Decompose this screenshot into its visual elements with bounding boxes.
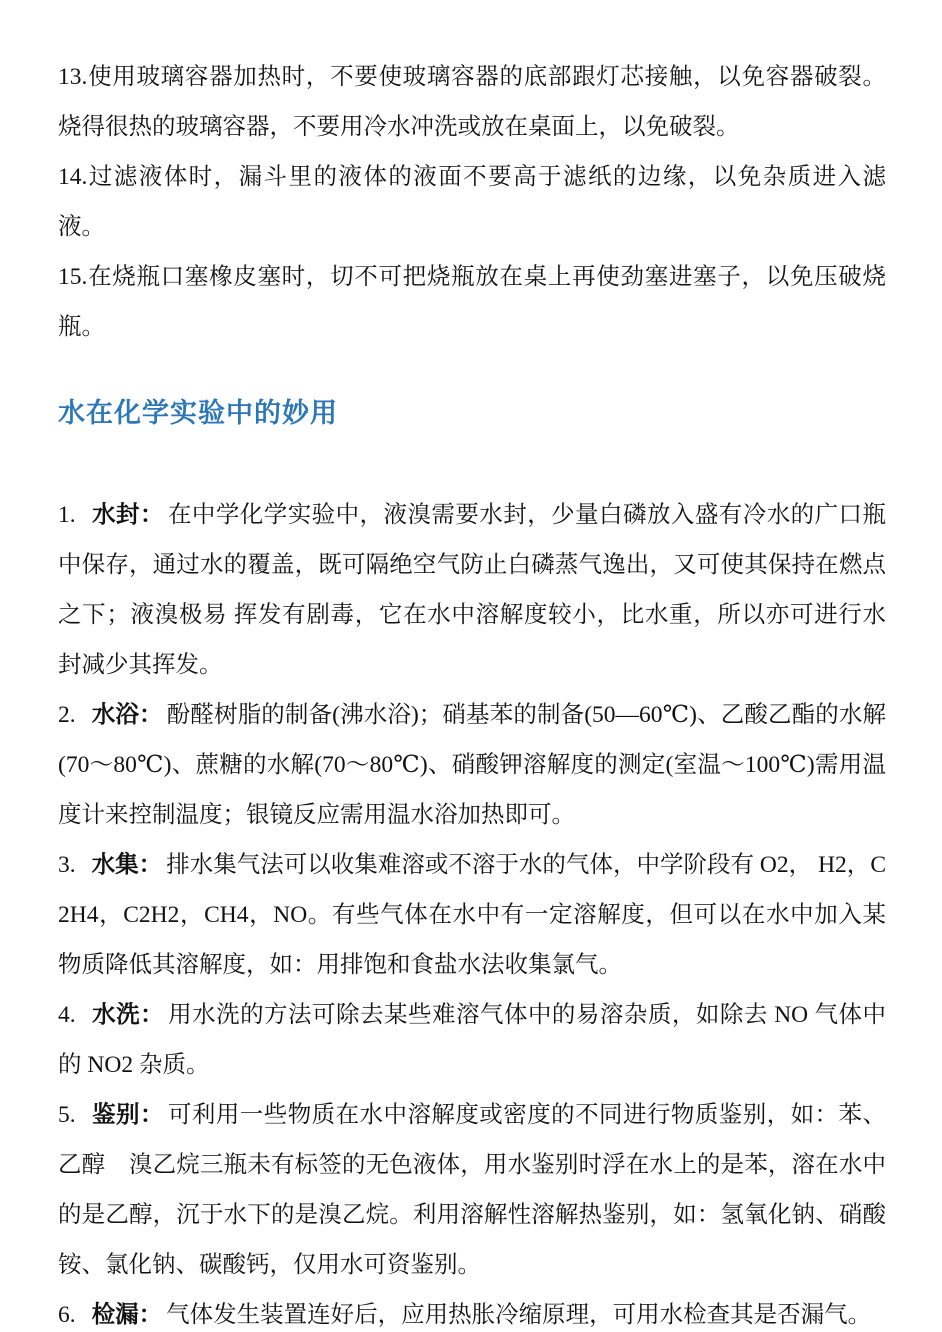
item-text: 用水洗的方法可除去某些难溶气体中的易溶杂质，如除去 NO 气体中的 NO2 杂质… — [58, 1002, 886, 1078]
water-use-paragraph: 2.水浴：酚醛树脂的制备(沸水浴)；硝基苯的制备(50—60℃)、乙酸乙酯的水解… — [58, 690, 886, 840]
safety-note-text: 13.使用玻璃容器加热时，不要使玻璃容器的底部跟灯芯接触，以免容器破裂。烧得很热… — [58, 64, 886, 140]
item-keyword-label: 水封： — [92, 502, 164, 528]
water-use-paragraph: 4.水洗：用水洗的方法可除去某些难溶气体中的易溶杂质，如除去 NO 气体中的 N… — [58, 990, 886, 1090]
water-use-paragraph: 6.检漏：气体发生装置连好后，应用热胀冷缩原理，可用水检查其是否漏气。 — [58, 1290, 886, 1332]
item-number: 4. — [58, 990, 76, 1040]
item-text: 酚醛树脂的制备(沸水浴)；硝基苯的制备(50—60℃)、乙酸乙酯的水解(70～8… — [58, 702, 886, 828]
item-number: 6. — [58, 1290, 76, 1332]
item-text: 在中学化学实验中，液溴需要水封，少量白磷放入盛有冷水的广口瓶中保存，通过水的覆盖… — [58, 502, 886, 678]
safety-note-paragraph: 13.使用玻璃容器加热时，不要使玻璃容器的底部跟灯芯接触，以免容器破裂。烧得很热… — [58, 52, 886, 152]
document-page: 13.使用玻璃容器加热时，不要使玻璃容器的底部跟灯芯接触，以免容器破裂。烧得很热… — [0, 0, 942, 1332]
water-uses-list: 1.水封：在中学化学实验中，液溴需要水封，少量白磷放入盛有冷水的广口瓶中保存，通… — [58, 490, 886, 1332]
safety-note-text: 14.过滤液体时，漏斗里的液体的液面不要高于滤纸的边缘，以免杂质进入滤液。 — [58, 164, 886, 240]
water-use-paragraph: 1.水封：在中学化学实验中，液溴需要水封，少量白磷放入盛有冷水的广口瓶中保存，通… — [58, 490, 886, 690]
safety-note-paragraph: 15.在烧瓶口塞橡皮塞时，切不可把烧瓶放在桌上再使劲塞进塞子，以免压破烧瓶。 — [58, 252, 886, 352]
water-use-paragraph: 3.水集：排水集气法可以收集难溶或不溶于水的气体，中学阶段有 O2， H2，C2… — [58, 840, 886, 990]
item-number: 1. — [58, 490, 76, 540]
item-keyword-label: 检漏： — [92, 1302, 163, 1328]
item-keyword-label: 水集： — [92, 852, 163, 878]
item-text: 气体发生装置连好后，应用热胀冷缩原理，可用水检查其是否漏气。 — [166, 1302, 871, 1328]
item-number: 2. — [58, 690, 76, 740]
item-keyword-label: 鉴别： — [92, 1102, 164, 1128]
item-keyword-label: 水浴： — [92, 702, 163, 728]
water-use-paragraph: 5.鉴别：可利用一些物质在水中溶解度或密度的不同进行物质鉴别，如：苯、乙醇 溴乙… — [58, 1090, 886, 1290]
safety-note-paragraph: 14.过滤液体时，漏斗里的液体的液面不要高于滤纸的边缘，以免杂质进入滤液。 — [58, 152, 886, 252]
item-number: 3. — [58, 840, 76, 890]
item-number: 5. — [58, 1090, 76, 1140]
section-heading: 水在化学实验中的妙用 — [58, 398, 886, 428]
item-keyword-label: 水洗： — [92, 1002, 164, 1028]
item-text: 可利用一些物质在水中溶解度或密度的不同进行物质鉴别，如：苯、乙醇 溴乙烷三瓶未有… — [58, 1102, 886, 1278]
item-text: 排水集气法可以收集难溶或不溶于水的气体，中学阶段有 O2， H2，C2H4，C2… — [58, 852, 886, 978]
safety-note-text: 15.在烧瓶口塞橡皮塞时，切不可把烧瓶放在桌上再使劲塞进塞子，以免压破烧瓶。 — [58, 264, 886, 340]
safety-notes-list: 13.使用玻璃容器加热时，不要使玻璃容器的底部跟灯芯接触，以免容器破裂。烧得很热… — [58, 52, 886, 352]
